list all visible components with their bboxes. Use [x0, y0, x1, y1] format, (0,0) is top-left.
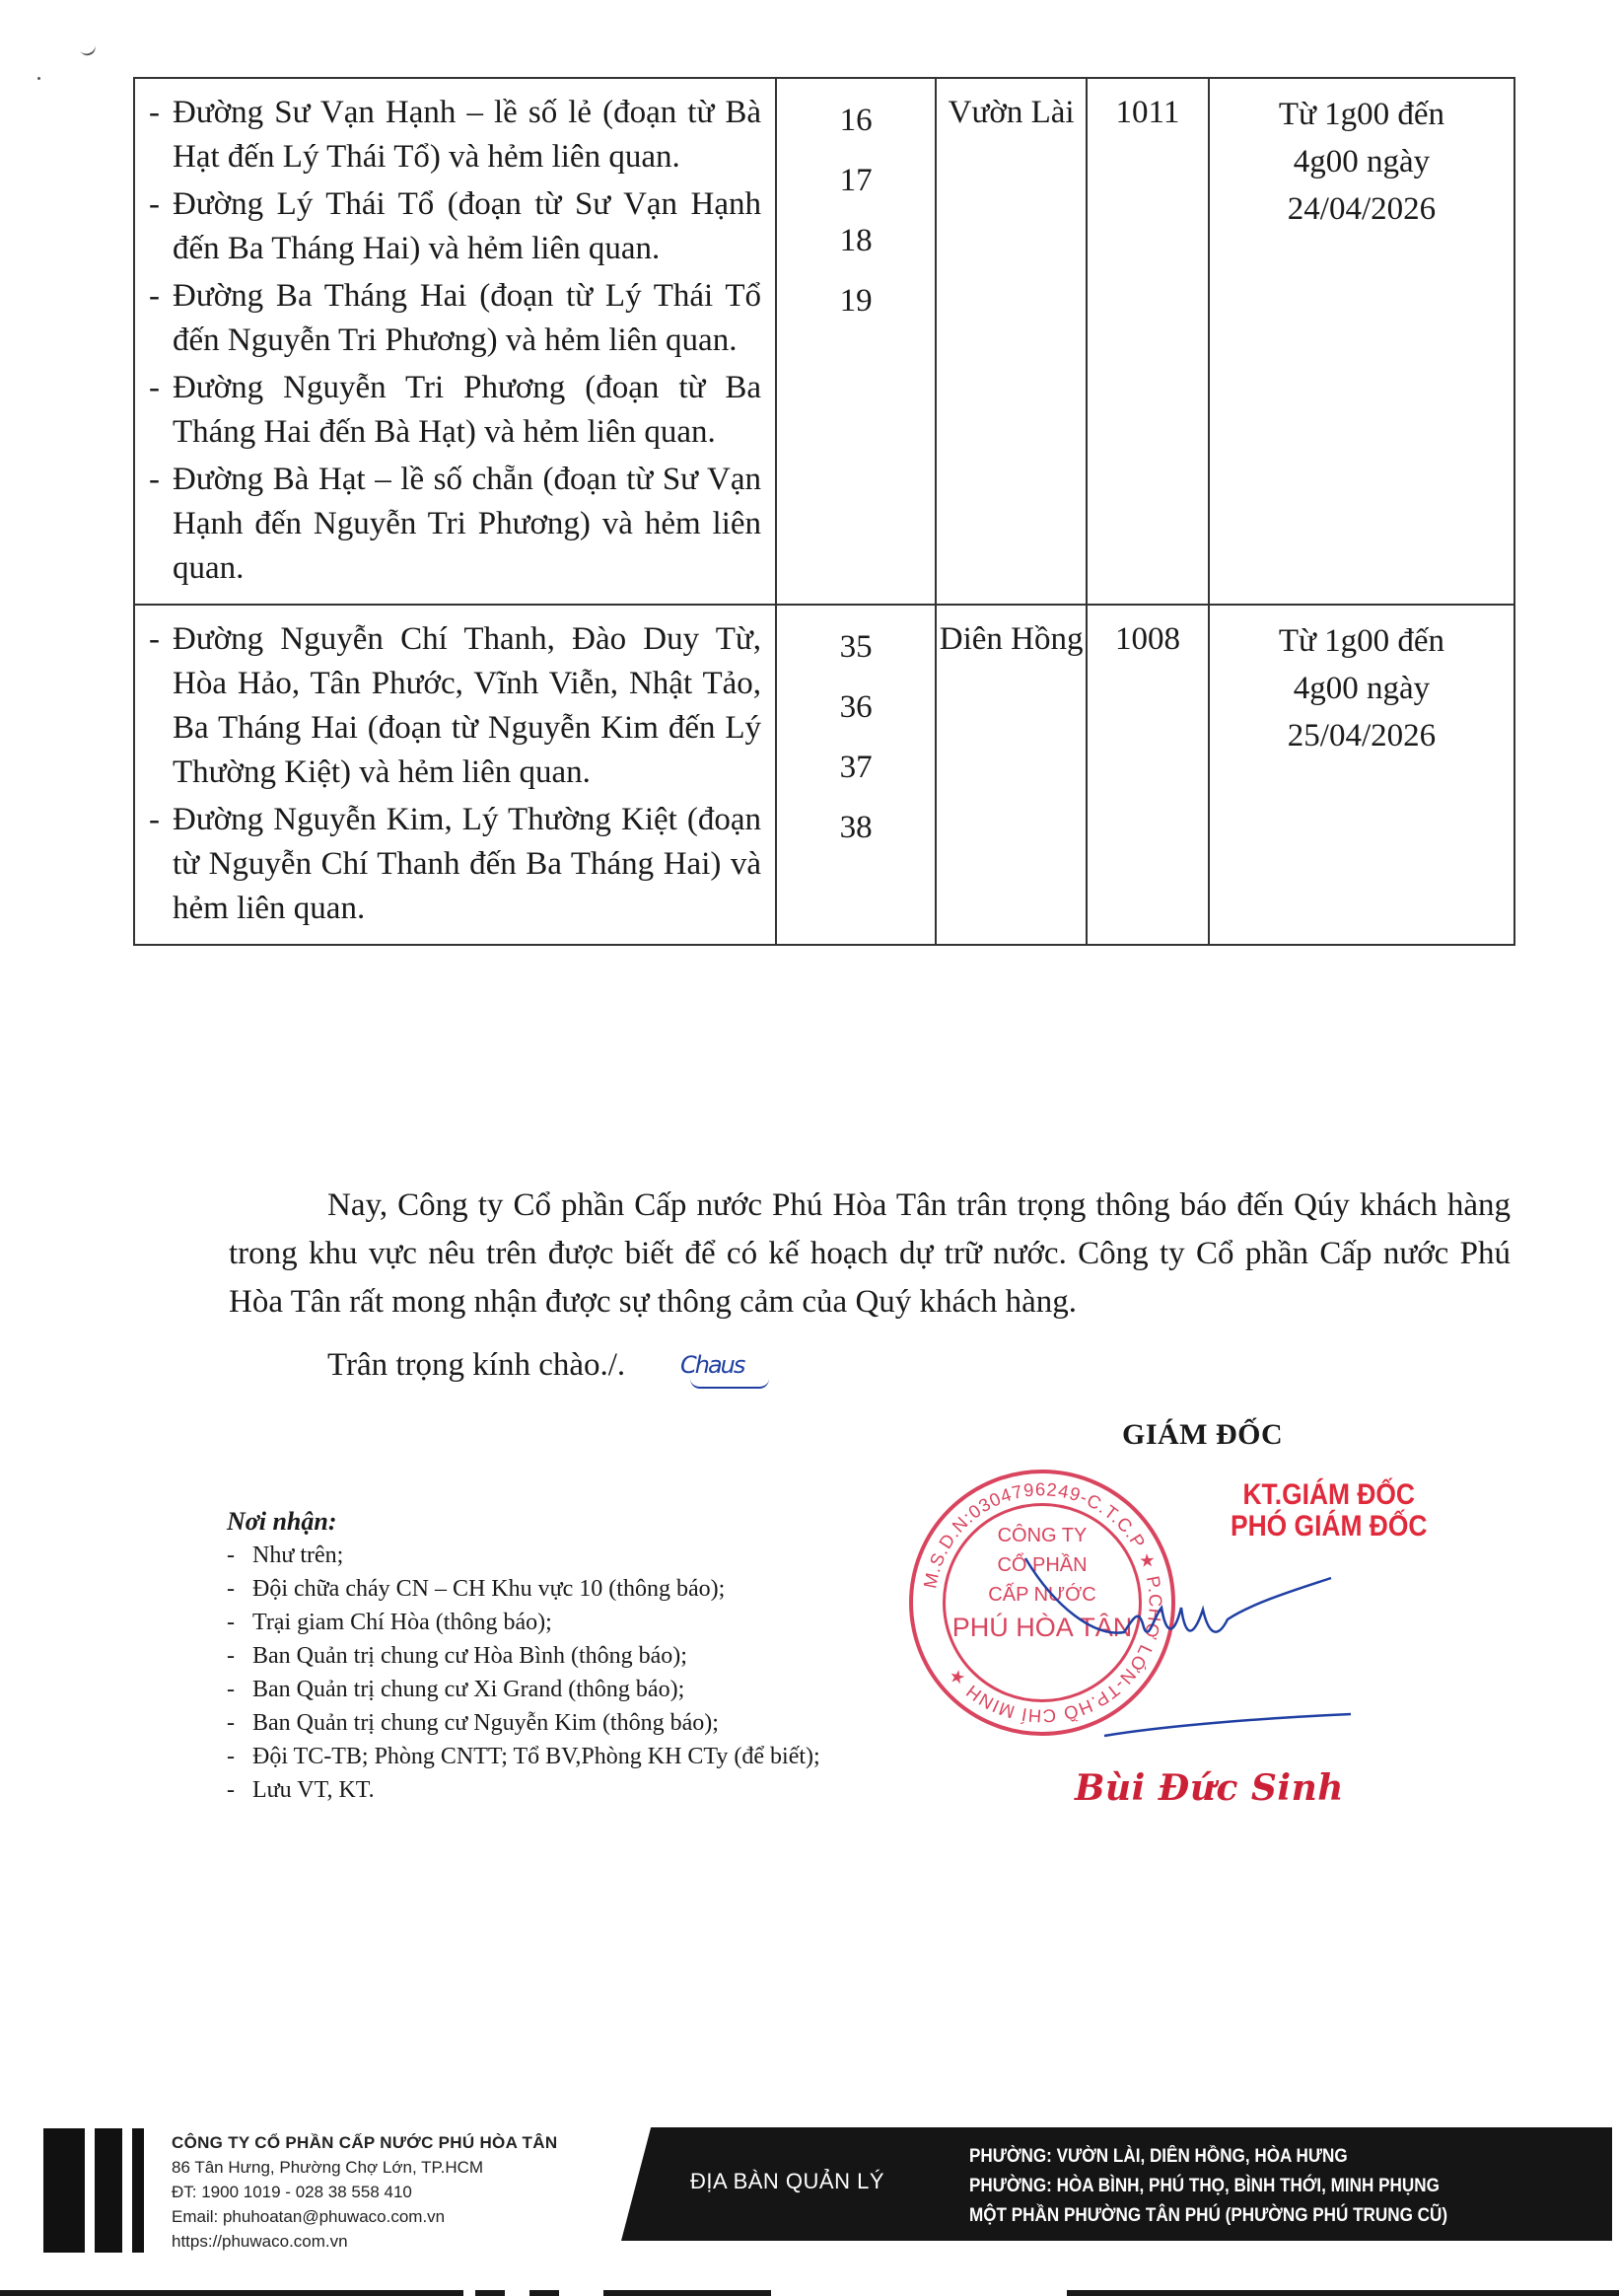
bullet-dash: - [149, 182, 173, 271]
street-item: -Đường Lý Thái Tổ (đoạn từ Sư Vạn Hạnh đ… [149, 182, 761, 271]
signer-name: Bùi Đức Sinh [1075, 1767, 1344, 1809]
bullet-dash: - [149, 798, 173, 931]
outage-time-cell: Từ 1g00 đến4g00 ngày25/04/2026 [1209, 605, 1514, 945]
footer-email[interactable]: Email: phuhoatan@phuwaco.com.vn [172, 2204, 557, 2229]
recipient-item: -Đội chữa cháy CN – CH Khu vực 10 (thông… [227, 1572, 820, 1606]
street-text: Đường Ba Tháng Hai (đoạn từ Lý Thái Tổ đ… [173, 274, 761, 363]
closing-paragraph: Nay, Công ty Cổ phần Cấp nước Phú Hòa Tâ… [229, 1182, 1511, 1327]
logo-bar [132, 2128, 144, 2253]
recipient-text: Ban Quản trị chung cư Nguyễn Kim (thông … [252, 1706, 719, 1740]
outage-time-line: 24/04/2026 [1210, 185, 1513, 233]
regards-line: Trân trọng kính chào./. [327, 1343, 625, 1388]
bullet-dash: - [149, 366, 173, 455]
station-numbers-cell: 16171819 [776, 78, 936, 605]
footer-area-label: ĐỊA BÀN QUẢN LÝ [690, 2169, 884, 2194]
bullet-dash: - [149, 617, 173, 795]
footer-company-info: CÔNG TY CỔ PHẦN CẤP NƯỚC PHÚ HÒA TÂN 86 … [172, 2130, 557, 2254]
station-number: 37 [777, 738, 935, 798]
recipient-item: -Như trên; [227, 1539, 820, 1572]
street-item: -Đường Nguyễn Kim, Lý Thường Kiệt (đoạn … [149, 798, 761, 931]
station-number: 19 [777, 271, 935, 331]
logo-bar [43, 2128, 85, 2253]
bullet-dash: - [149, 274, 173, 363]
bullet-dash: - [227, 1539, 252, 1572]
water-outage-schedule-table: -Đường Sư Vạn Hạnh – lề số lẻ (đoạn từ B… [133, 77, 1515, 946]
recipient-text: Đội chữa cháy CN – CH Khu vực 10 (thông … [252, 1572, 725, 1606]
recipient-text: Trại giam Chí Hòa (thông báo); [252, 1606, 552, 1639]
affected-streets-cell: -Đường Nguyễn Chí Thanh, Đào Duy Từ, Hòa… [134, 605, 776, 945]
initials-underline [690, 1379, 769, 1389]
street-text: Đường Bà Hạt – lề số chẵn (đoạn từ Sư Vạ… [173, 458, 761, 591]
footer-website[interactable]: https://phuwaco.com.vn [172, 2229, 557, 2254]
station-number: 36 [777, 678, 935, 738]
scan-artifact [80, 45, 98, 58]
affected-streets-cell: -Đường Sư Vạn Hạnh – lề số lẻ (đoạn từ B… [134, 78, 776, 605]
street-item: -Đường Sư Vạn Hạnh – lề số lẻ (đoạn từ B… [149, 91, 761, 179]
outage-time-line: Từ 1g00 đến [1210, 91, 1513, 138]
bullet-dash: - [227, 1740, 252, 1773]
street-text: Đường Nguyễn Chí Thanh, Đào Duy Từ, Hòa … [173, 617, 761, 795]
street-text: Đường Nguyễn Kim, Lý Thường Kiệt (đoạn t… [173, 798, 761, 931]
bullet-dash: - [227, 1572, 252, 1606]
street-item: -Đường Bà Hạt – lề số chẵn (đoạn từ Sư V… [149, 458, 761, 591]
street-text: Đường Nguyễn Tri Phương (đoạn từ Ba Thán… [173, 366, 761, 455]
station-number: 35 [777, 617, 935, 678]
outage-time-line: 4g00 ngày [1210, 138, 1513, 185]
bullet-dash: - [227, 1673, 252, 1706]
outage-time-cell: Từ 1g00 đến4g00 ngày24/04/2026 [1209, 78, 1514, 605]
recipient-item: -Lưu VT, KT. [227, 1773, 820, 1807]
initials-mark: Chaus [680, 1351, 743, 1379]
recipient-item: -Ban Quản trị chung cư Nguyễn Kim (thông… [227, 1706, 820, 1740]
ward-code-cell: 1008 [1087, 605, 1209, 945]
recipient-text: Ban Quản trị chung cư Hòa Bình (thông bá… [252, 1639, 687, 1673]
recipient-item: -Ban Quản trị chung cư Hòa Bình (thông b… [227, 1639, 820, 1673]
ward-cell: Diên Hồng [936, 605, 1087, 945]
ward-code-cell: 1011 [1087, 78, 1209, 605]
street-text: Đường Lý Thái Tổ (đoạn từ Sư Vạn Hạnh đế… [173, 182, 761, 271]
recipient-item: -Ban Quản trị chung cư Xi Grand (thông b… [227, 1673, 820, 1706]
station-numbers-cell: 35363738 [776, 605, 936, 945]
signer-title: GIÁM ĐỐC [1122, 1418, 1283, 1452]
outage-time-line: 25/04/2026 [1210, 712, 1513, 759]
station-number: 16 [777, 91, 935, 151]
station-number: 18 [777, 211, 935, 271]
recipient-text: Như trên; [252, 1539, 343, 1572]
recipient-item: -Đội TC-TB; Phòng CNTT; Tổ BV,Phòng KH C… [227, 1740, 820, 1773]
footer-bottom-strip [0, 2290, 1619, 2296]
outage-time-line: 4g00 ngày [1210, 665, 1513, 712]
footer-company-name: CÔNG TY CỔ PHẦN CẤP NƯỚC PHÚ HÒA TÂN [172, 2130, 557, 2155]
recipients-list: Nơi nhận: -Như trên;-Đội chữa cháy CN – … [227, 1505, 820, 1807]
table-row: -Đường Sư Vạn Hạnh – lề số lẻ (đoạn từ B… [134, 78, 1514, 605]
table-row: -Đường Nguyễn Chí Thanh, Đào Duy Từ, Hòa… [134, 605, 1514, 945]
ward-cell: Vườn Lài [936, 78, 1087, 605]
footer-logo-bars [43, 2128, 144, 2253]
street-text: Đường Sư Vạn Hạnh – lề số lẻ (đoạn từ Bà… [173, 91, 761, 179]
recipient-text: Lưu VT, KT. [252, 1773, 375, 1807]
footer-service-areas: PHƯỜNG: VƯỜN LÀI, DIÊN HỒNG, HÒA HƯNG PH… [969, 2142, 1447, 2231]
recipient-text: Đội TC-TB; Phòng CNTT; Tổ BV,Phòng KH CT… [252, 1740, 820, 1773]
street-item: -Đường Nguyễn Chí Thanh, Đào Duy Từ, Hòa… [149, 617, 761, 795]
bullet-dash: - [149, 91, 173, 179]
footer-phone: ĐT: 1900 1019 - 028 38 558 410 [172, 2180, 557, 2204]
handwritten-signature [1016, 1548, 1371, 1746]
bullet-dash: - [149, 458, 173, 591]
recipient-item: -Trại giam Chí Hòa (thông báo); [227, 1606, 820, 1639]
closing-paragraph-text: Nay, Công ty Cổ phần Cấp nước Phú Hòa Tâ… [229, 1187, 1511, 1320]
outage-time-line: Từ 1g00 đến [1210, 617, 1513, 665]
scan-artifact [37, 77, 40, 80]
logo-bar [95, 2128, 122, 2253]
recipient-text: Ban Quản trị chung cư Xi Grand (thông bá… [252, 1673, 684, 1706]
street-item: -Đường Ba Tháng Hai (đoạn từ Lý Thái Tổ … [149, 274, 761, 363]
station-number: 17 [777, 151, 935, 211]
footer-address: 86 Tân Hưng, Phường Chợ Lớn, TP.HCM [172, 2155, 557, 2180]
bullet-dash: - [227, 1606, 252, 1639]
street-item: -Đường Nguyễn Tri Phương (đoạn từ Ba Thá… [149, 366, 761, 455]
bullet-dash: - [227, 1773, 252, 1807]
bullet-dash: - [227, 1706, 252, 1740]
station-number: 38 [777, 798, 935, 858]
proxy-title-stamp: KT.GIÁM ĐỐC PHÓ GIÁM ĐỐC [1231, 1479, 1427, 1543]
recipients-title: Nơi nhận: [227, 1505, 820, 1539]
bullet-dash: - [227, 1639, 252, 1673]
